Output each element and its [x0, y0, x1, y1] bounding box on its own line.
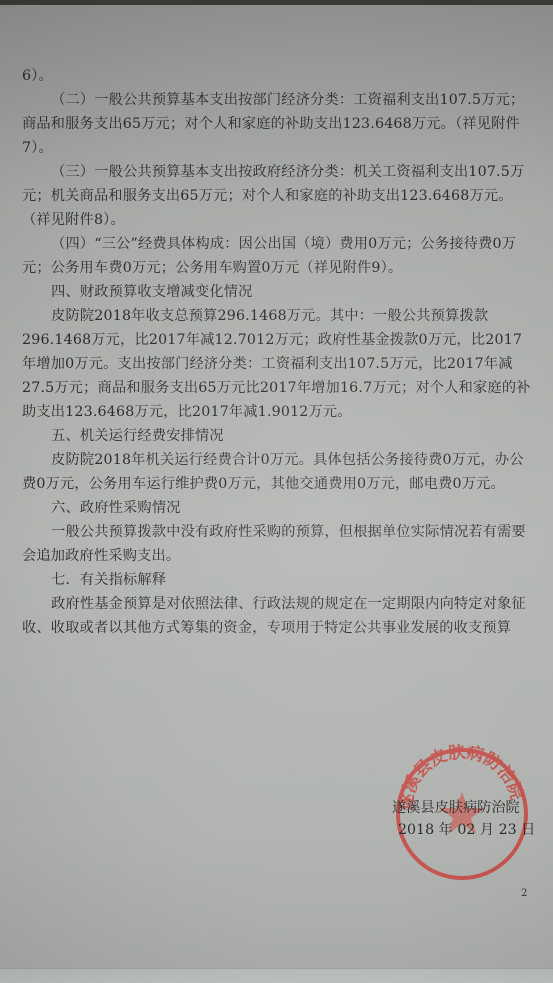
section-heading-6: 六、政府性采购情况 — [22, 496, 532, 520]
paragraph-indicator-explanation: 政府性基金预算是对依照法律、行政法规的规定在一定期限内向特定对象征收、收取或者以… — [22, 592, 532, 640]
paragraph-three-public-expenses: （四）“三公”经费具体构成：因公出国（境）费用0万元；公务接待费0万元；公务用车… — [22, 232, 532, 280]
signature-date: 2018 年 02 月 23 日 — [398, 818, 535, 842]
paragraph-procurement: 一般公共预算拨款中没有政府性采购的预算，但根据单位实际情况若有需要会追加政府性采… — [22, 520, 532, 568]
paragraph-dept-economic-classification: （二）一般公共预算基本支出按部门经济分类：工资福利支出107.5万元；商品和服务… — [22, 88, 532, 160]
photo-bottom-edge — [0, 968, 553, 983]
page-number: 2 — [521, 888, 527, 899]
section-heading-5: 五、机关运行经费安排情况 — [22, 424, 532, 448]
photo-top-edge — [0, 0, 553, 5]
document-body: 6）。 （二）一般公共预算基本支出按部门经济分类：工资福利支出107.5万元；商… — [22, 64, 532, 640]
paragraph-operating-expenses: 皮防院2018年机关运行经费合计0万元。具体包括公务接待费0万元，办公费0万元，… — [22, 448, 532, 496]
signature-organization: 遂溪县皮肤病防治院 — [392, 796, 520, 820]
section-heading-7: 七．有关指标解释 — [22, 568, 532, 592]
paragraph-gov-economic-classification: （三）一般公共预算基本支出按政府经济分类：机关工资福利支出107.5万元；机关商… — [22, 160, 532, 232]
paragraph-budget-changes: 皮防院2018年收支总预算296.1468万元。其中：一般公共预算拨款296.1… — [22, 304, 532, 424]
paragraph-continuation: 6）。 — [22, 64, 532, 88]
section-heading-4: 四、财政预算收支增减变化情况 — [22, 280, 532, 304]
